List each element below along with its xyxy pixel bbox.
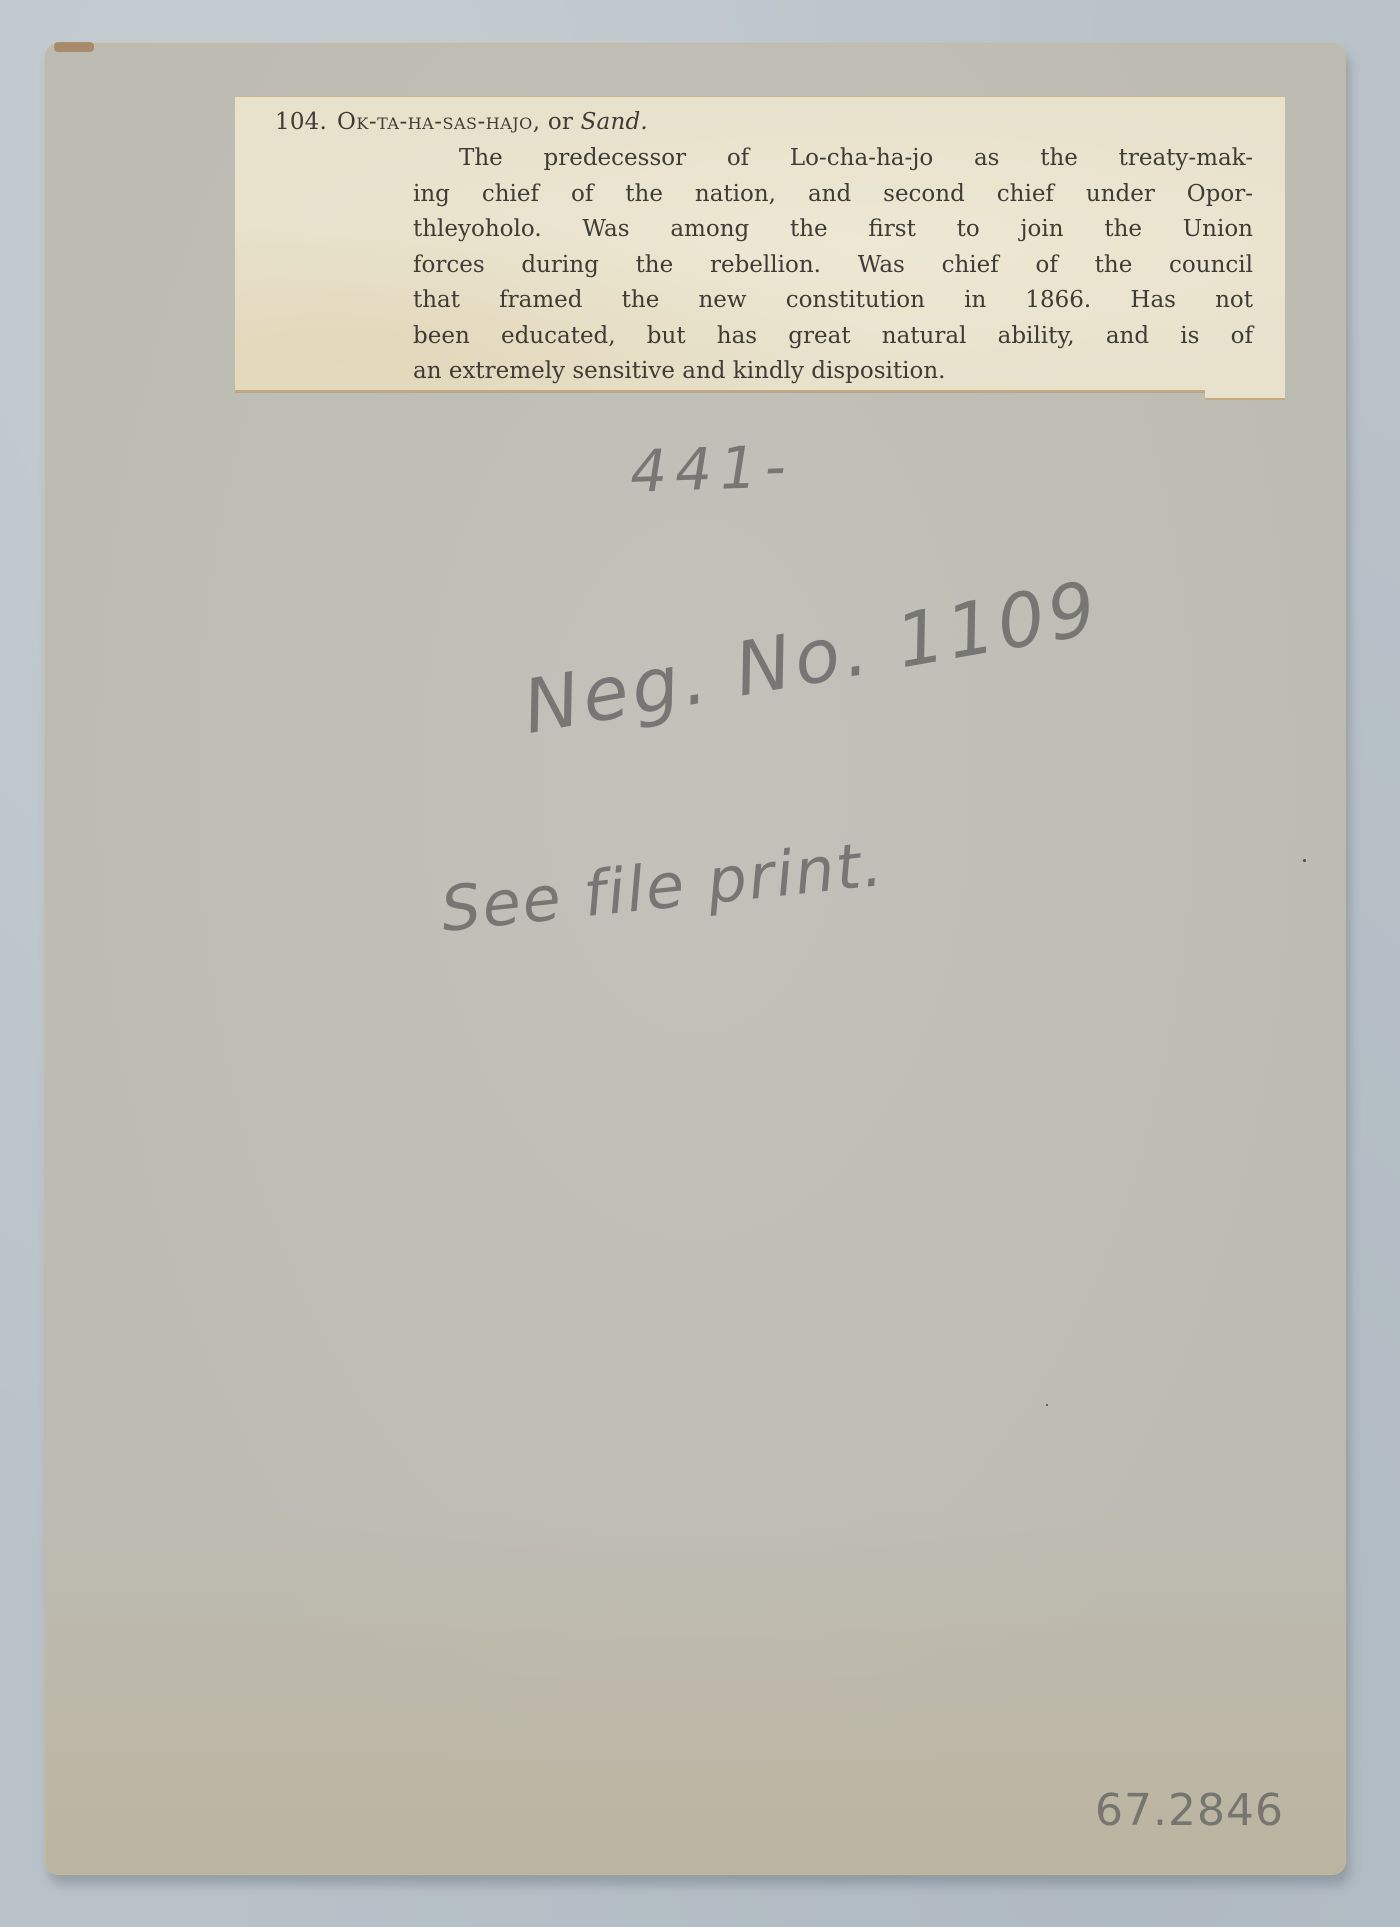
photo-mount-card: 104.Ok-ta-ha-sas-hajo, or Sand. The pred…: [45, 43, 1346, 1875]
paper-speck: [1303, 859, 1306, 862]
caption-body: The predecessor of Lo-cha-ha-jo as the t…: [413, 141, 1253, 390]
caption-line: The predecessor of Lo-cha-ha-jo as the t…: [413, 141, 1253, 177]
card-corner-damage: [54, 42, 94, 52]
handwritten-catalog-number: 67.2846: [1095, 1785, 1284, 1836]
caption-line: thleyoholo. Was among the first to join …: [413, 212, 1253, 248]
handwritten-number: 441-: [629, 432, 795, 506]
printed-caption-label: 104.Ok-ta-ha-sas-hajo, or Sand. The pred…: [235, 96, 1285, 392]
caption-number: 104.: [275, 109, 327, 135]
caption-line: forces during the rebellion. Was chief o…: [413, 248, 1253, 284]
caption-line: an extremely sensitive and kindly dispos…: [413, 354, 1253, 390]
caption-line: ing chief of the nation, and second chie…: [413, 177, 1253, 213]
paper-speck: [1046, 1404, 1048, 1406]
caption-line: that framed the new constitution in 1866…: [413, 283, 1253, 319]
label-torn-edge: [1205, 388, 1285, 400]
caption-connector: , or: [533, 109, 581, 135]
caption-heading: 104.Ok-ta-ha-sas-hajo, or Sand.: [275, 107, 1255, 137]
caption-line: been educated, but has great natural abi…: [413, 319, 1253, 355]
caption-alias: Sand.: [581, 109, 648, 135]
caption-name: Ok-ta-ha-sas-hajo: [337, 109, 533, 135]
